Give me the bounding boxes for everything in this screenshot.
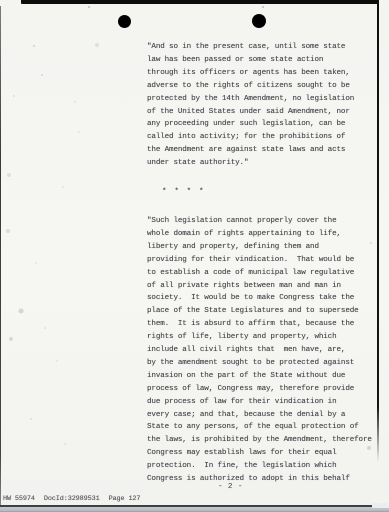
film-edge-left: [0, 6, 1, 506]
typed-line: adverse to the rights of citizens sought…: [147, 80, 385, 93]
page-number: - 2 -: [218, 483, 243, 491]
footer-record-id: HW 55974: [3, 495, 35, 503]
film-edge-top: [21, 0, 379, 4]
typed-line: the Amendment are against state laws and…: [147, 144, 385, 157]
typed-line: the laws, is prohibited by the Amendment…: [147, 434, 385, 447]
scan-noise-speckles: [0, 0, 2, 2]
typed-line: whole domain of rights appertaining to l…: [147, 228, 385, 241]
typed-line: "And so in the present case, until some …: [147, 41, 385, 54]
typed-line: under state authority.": [147, 157, 385, 170]
punch-dot-left: [118, 15, 131, 28]
typed-line: society. It would be to make Congress ta…: [147, 292, 385, 305]
typed-line: place of the State Legislatures and to s…: [147, 305, 385, 318]
scanned-document-page: "And so in the present case, until some …: [0, 0, 389, 512]
typed-line: through its officers or agents has been …: [147, 67, 385, 80]
typed-line: them. It is absurd to affirm that, becau…: [147, 318, 385, 331]
typed-line: invasion on the part of the State withou…: [147, 370, 385, 383]
asterisk-separator: * * * *: [147, 186, 385, 199]
typed-line: due process of law for their vindication…: [147, 396, 385, 409]
typed-line: Congress may establish laws for their eq…: [147, 447, 385, 460]
bottom-strip-fade: [372, 503, 389, 508]
typed-line: called into activity; for the prohibitio…: [147, 131, 385, 144]
typed-line: of all private rights between man and ma…: [147, 280, 385, 293]
typed-line: of the United States under said Amendmen…: [147, 106, 385, 119]
typed-line: every case; and that, because the denial…: [147, 409, 385, 422]
typed-line: "Such legislation cannot properly cover …: [147, 215, 385, 228]
typed-line: by the amendment sought to be protected …: [147, 357, 385, 370]
footer-page-label: Page 127: [109, 495, 141, 503]
bottom-film-strip: [0, 507, 389, 512]
typed-line: protected by the 14th Amendment, no legi…: [147, 93, 385, 106]
typed-line: State to any persons, of the equal prote…: [147, 421, 385, 434]
typed-line: include all civil rights that men have, …: [147, 344, 385, 357]
typed-line: Congress is authorized to adopt in this …: [147, 473, 385, 486]
typed-line: liberty and property, defining them and: [147, 241, 385, 254]
archival-footer: HW 55974 DocId:32989531 Page 127: [3, 495, 140, 503]
typed-line: law has been passed or some state action: [147, 54, 385, 67]
typed-line: process of law, Congress may, therefore …: [147, 383, 385, 396]
typed-text-block: "And so in the present case, until some …: [147, 25, 385, 502]
typed-line: to establish a code of municipal law reg…: [147, 267, 385, 280]
typed-quote-paragraph-2: "Such legislation cannot properly cover …: [147, 215, 385, 486]
typed-line: protection. In fine, the legislation whi…: [147, 460, 385, 473]
typed-line: providing for their vindication. That wo…: [147, 254, 385, 267]
footer-doc-id: DocId:32989531: [44, 495, 100, 503]
typed-line: any proceeding under such legislation, c…: [147, 118, 385, 131]
typed-line: rights of life, liberty and property, wh…: [147, 331, 385, 344]
typed-quote-paragraph-1: "And so in the present case, until some …: [147, 41, 385, 170]
